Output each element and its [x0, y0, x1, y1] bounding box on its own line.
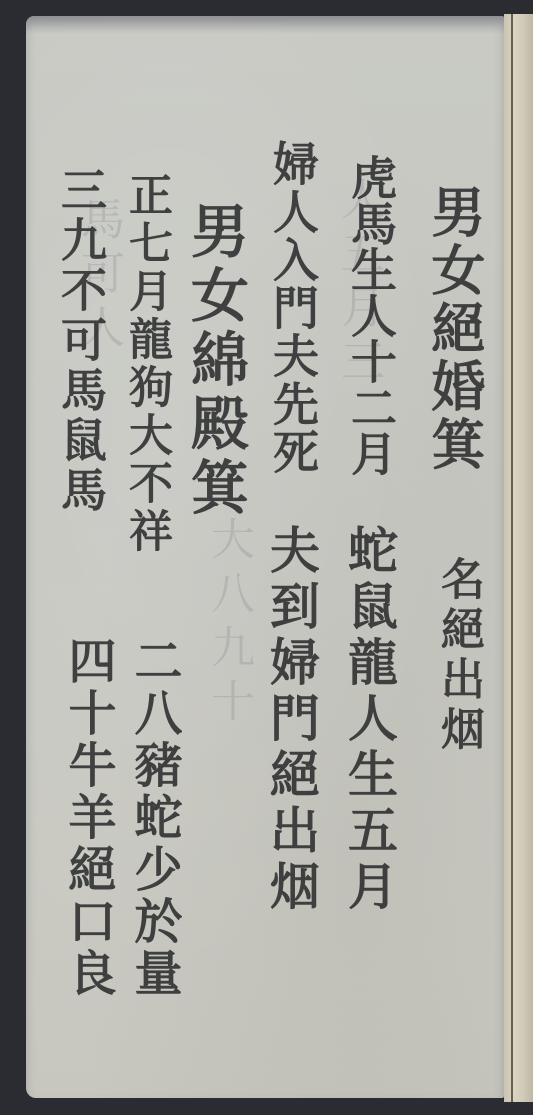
manuscript-page: 人五月三 大八九十 馬可人 男女絕婚箕 名絕出烟 虎馬生人十二月 蛇鼠龍人生五月…	[26, 16, 504, 1098]
column-2-top: 虎馬生人十二月	[348, 154, 394, 476]
column-1-bottom: 名絕出烟	[436, 556, 480, 756]
column-5-top: 正七月龍狗大不祥	[124, 172, 168, 556]
book-spine	[504, 0, 533, 1115]
column-6-bottom: 四十牛羊絕口良	[64, 636, 112, 1000]
column-6-top: 三九不可馬鼠馬	[58, 166, 104, 516]
column-5-bottom: 二八豬蛇少於量	[130, 636, 178, 1000]
spine-fold-line	[511, 10, 513, 1110]
column-3-bottom: 夫到婦門絕出烟	[266, 524, 316, 916]
spine-bottom-shadow	[504, 1102, 533, 1115]
bleed-through-text: 大八九十	[196, 516, 260, 732]
spine-top-shadow	[504, 0, 533, 14]
column-3-top: 婦人入門夫先死	[270, 140, 316, 476]
column-2-bottom: 蛇鼠龍人生五月	[344, 524, 394, 916]
column-4-top: 男女綿殿箕	[186, 201, 244, 521]
column-1-top: 男女絕婚箕	[428, 184, 482, 474]
